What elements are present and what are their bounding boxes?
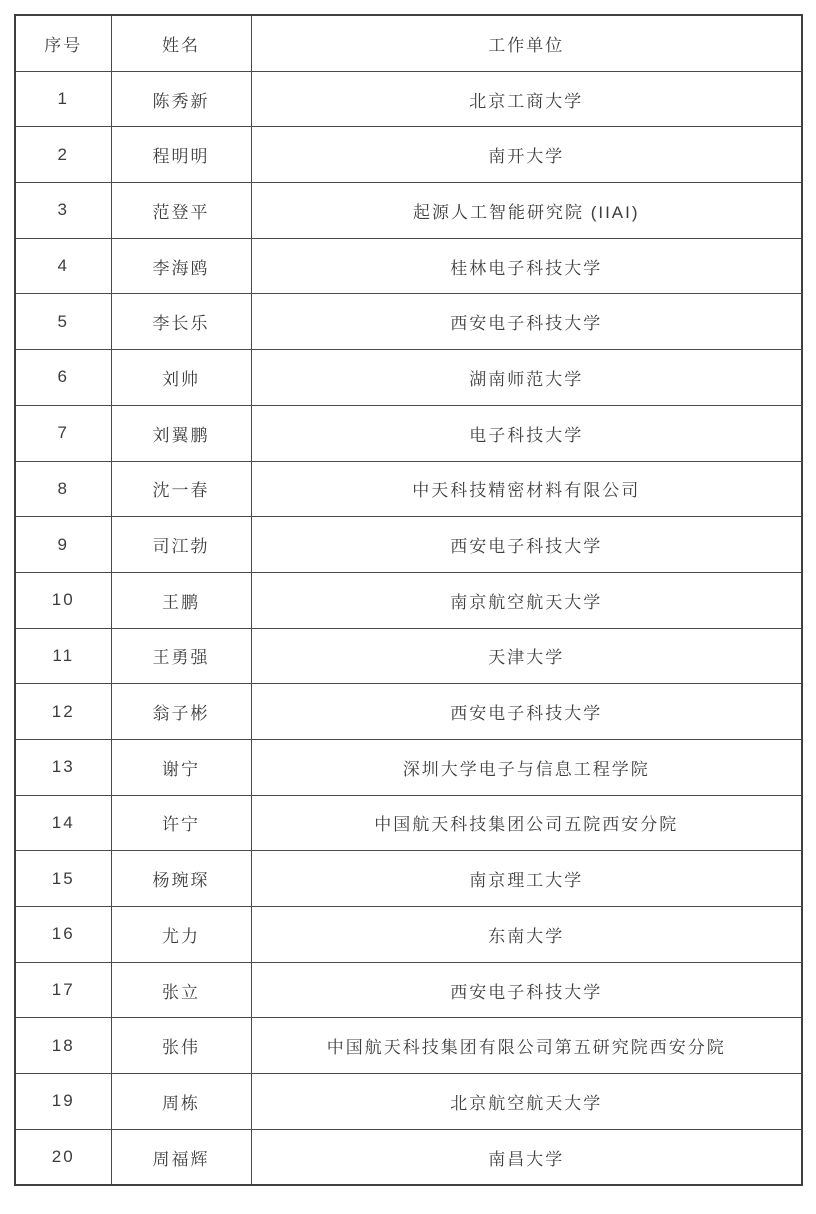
table-row: 13谢宁深圳大学电子与信息工程学院 — [15, 739, 802, 795]
cell-name: 周栋 — [111, 1074, 251, 1130]
cell-affiliation: 西安电子科技大学 — [251, 962, 802, 1018]
table-body: 1陈秀新北京工商大学2程明明南开大学3范登平起源人工智能研究院 (IIAI)4李… — [15, 71, 802, 1185]
cell-name: 许宁 — [111, 795, 251, 851]
table-row: 17张立西安电子科技大学 — [15, 962, 802, 1018]
column-header-name: 姓名 — [111, 15, 251, 71]
cell-affiliation: 中天科技精密材料有限公司 — [251, 461, 802, 517]
cell-name: 王鹏 — [111, 572, 251, 628]
table-row: 16尤力东南大学 — [15, 907, 802, 963]
cell-name: 王勇强 — [111, 628, 251, 684]
cell-affiliation: 北京工商大学 — [251, 71, 802, 127]
participants-table: 序号 姓名 工作单位 1陈秀新北京工商大学2程明明南开大学3范登平起源人工智能研… — [14, 14, 803, 1186]
table-row: 1陈秀新北京工商大学 — [15, 71, 802, 127]
cell-affiliation: 北京航空航天大学 — [251, 1074, 802, 1130]
header-row: 序号 姓名 工作单位 — [15, 15, 802, 71]
cell-index: 7 — [15, 405, 111, 461]
table-row: 11王勇强天津大学 — [15, 628, 802, 684]
table-row: 10王鹏南京航空航天大学 — [15, 572, 802, 628]
table-row: 15杨琬琛南京理工大学 — [15, 851, 802, 907]
cell-name: 尤力 — [111, 907, 251, 963]
cell-affiliation: 湖南师范大学 — [251, 350, 802, 406]
cell-index: 16 — [15, 907, 111, 963]
cell-name: 司江勃 — [111, 517, 251, 573]
table-row: 7刘翼鹏电子科技大学 — [15, 405, 802, 461]
cell-affiliation: 南京航空航天大学 — [251, 572, 802, 628]
cell-name: 张立 — [111, 962, 251, 1018]
cell-name: 谢宁 — [111, 739, 251, 795]
cell-index: 6 — [15, 350, 111, 406]
cell-affiliation: 中国航天科技集团有限公司第五研究院西安分院 — [251, 1018, 802, 1074]
cell-name: 程明明 — [111, 127, 251, 183]
cell-index: 17 — [15, 962, 111, 1018]
cell-index: 12 — [15, 684, 111, 740]
table-row: 4李海鸥桂林电子科技大学 — [15, 238, 802, 294]
table-row: 5李长乐西安电子科技大学 — [15, 294, 802, 350]
cell-index: 13 — [15, 739, 111, 795]
cell-index: 8 — [15, 461, 111, 517]
table-row: 6刘帅湖南师范大学 — [15, 350, 802, 406]
cell-affiliation: 天津大学 — [251, 628, 802, 684]
cell-index: 9 — [15, 517, 111, 573]
cell-index: 19 — [15, 1074, 111, 1130]
cell-index: 14 — [15, 795, 111, 851]
cell-affiliation: 电子科技大学 — [251, 405, 802, 461]
table-row: 14许宁中国航天科技集团公司五院西安分院 — [15, 795, 802, 851]
cell-name: 刘翼鹏 — [111, 405, 251, 461]
table-row: 12翁子彬西安电子科技大学 — [15, 684, 802, 740]
table-row: 19周栋北京航空航天大学 — [15, 1074, 802, 1130]
cell-name: 刘帅 — [111, 350, 251, 406]
cell-affiliation: 东南大学 — [251, 907, 802, 963]
document-page: 序号 姓名 工作单位 1陈秀新北京工商大学2程明明南开大学3范登平起源人工智能研… — [0, 0, 816, 1214]
cell-affiliation: 中国航天科技集团公司五院西安分院 — [251, 795, 802, 851]
cell-index: 2 — [15, 127, 111, 183]
cell-affiliation: 南开大学 — [251, 127, 802, 183]
cell-name: 李海鸥 — [111, 238, 251, 294]
cell-index: 15 — [15, 851, 111, 907]
cell-name: 翁子彬 — [111, 684, 251, 740]
table-row: 20周福辉南昌大学 — [15, 1129, 802, 1185]
cell-index: 18 — [15, 1018, 111, 1074]
table-row: 18张伟中国航天科技集团有限公司第五研究院西安分院 — [15, 1018, 802, 1074]
table-row: 9司江勃西安电子科技大学 — [15, 517, 802, 573]
cell-index: 10 — [15, 572, 111, 628]
cell-index: 11 — [15, 628, 111, 684]
cell-affiliation: 西安电子科技大学 — [251, 684, 802, 740]
cell-index: 1 — [15, 71, 111, 127]
cell-index: 5 — [15, 294, 111, 350]
table-row: 3范登平起源人工智能研究院 (IIAI) — [15, 183, 802, 239]
table-row: 2程明明南开大学 — [15, 127, 802, 183]
cell-name: 李长乐 — [111, 294, 251, 350]
cell-affiliation: 西安电子科技大学 — [251, 294, 802, 350]
cell-name: 陈秀新 — [111, 71, 251, 127]
cell-affiliation: 起源人工智能研究院 (IIAI) — [251, 183, 802, 239]
cell-name: 周福辉 — [111, 1129, 251, 1185]
table-row: 8沈一春中天科技精密材料有限公司 — [15, 461, 802, 517]
cell-affiliation: 南京理工大学 — [251, 851, 802, 907]
cell-name: 范登平 — [111, 183, 251, 239]
column-header-index: 序号 — [15, 15, 111, 71]
cell-affiliation: 南昌大学 — [251, 1129, 802, 1185]
cell-affiliation: 西安电子科技大学 — [251, 517, 802, 573]
cell-index: 3 — [15, 183, 111, 239]
cell-name: 沈一春 — [111, 461, 251, 517]
column-header-affiliation: 工作单位 — [251, 15, 802, 71]
cell-name: 张伟 — [111, 1018, 251, 1074]
cell-affiliation: 深圳大学电子与信息工程学院 — [251, 739, 802, 795]
cell-affiliation: 桂林电子科技大学 — [251, 238, 802, 294]
cell-index: 4 — [15, 238, 111, 294]
cell-name: 杨琬琛 — [111, 851, 251, 907]
cell-index: 20 — [15, 1129, 111, 1185]
